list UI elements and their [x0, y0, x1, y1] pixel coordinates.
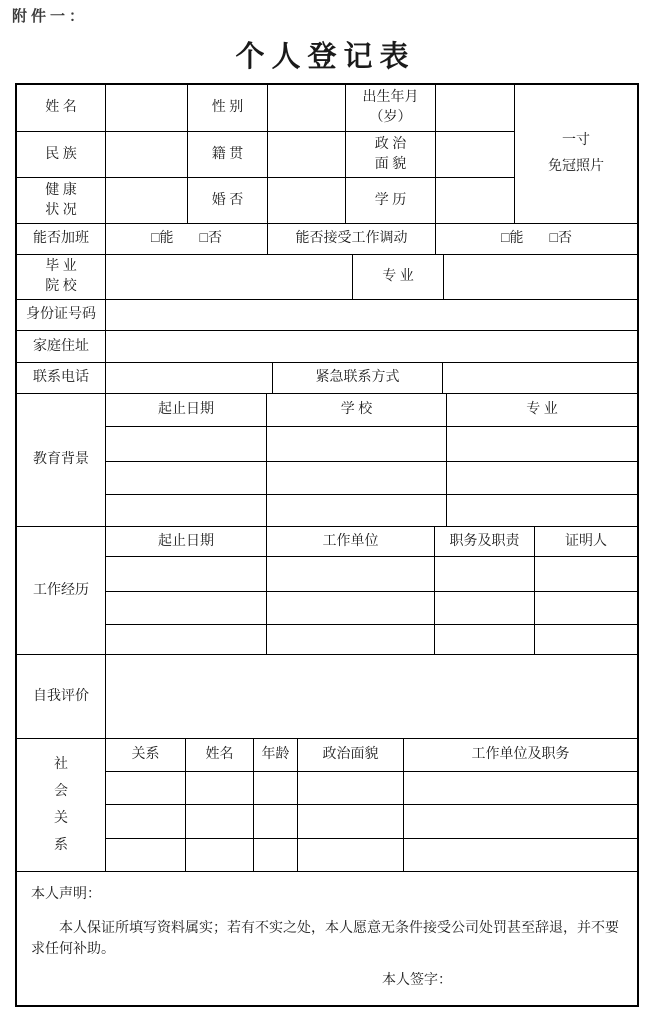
social-row-3	[106, 839, 637, 872]
social-name-input-cell[interactable]	[186, 772, 254, 805]
education-level-input-cell[interactable]	[436, 178, 515, 224]
work-reference-input-cell[interactable]	[535, 592, 637, 625]
work-position-input-cell[interactable]	[435, 592, 535, 625]
id-number-label: 身份证号码	[17, 300, 106, 331]
basic-info-section: 姓 名 性 别 出生年月 （岁） 民 族 籍 贯 政 治 面 貌 健 康 状 况…	[17, 85, 637, 224]
ethnicity-input-cell[interactable]	[106, 132, 188, 178]
ethnicity-label: 民 族	[17, 132, 106, 178]
social-row-2	[106, 805, 637, 839]
work-position-header: 职务及职责	[435, 527, 535, 557]
emergency-contact-label: 紧急联系方式	[273, 363, 443, 394]
political-status-input-cell[interactable]	[436, 132, 515, 178]
social-age-input-cell[interactable]	[254, 772, 298, 805]
work-employer-input-cell[interactable]	[267, 557, 435, 592]
education-major-input-cell[interactable]	[447, 427, 637, 462]
emergency-contact-input-cell[interactable]	[443, 363, 637, 394]
overtime-no-checkbox[interactable]: □否	[200, 229, 222, 249]
education-row-3	[106, 495, 637, 527]
social-employer-input-cell[interactable]	[404, 805, 637, 839]
work-section-label: 工作经历	[17, 527, 106, 655]
education-major-input-cell[interactable]	[447, 495, 637, 527]
education-dates-input-cell[interactable]	[106, 462, 267, 495]
self-eval-label: 自我评价	[17, 655, 106, 739]
social-employer-header: 工作单位及职务	[404, 739, 637, 772]
school-input-cell[interactable]	[106, 255, 353, 300]
work-row-2	[106, 592, 637, 625]
work-dates-header: 起止日期	[106, 527, 267, 557]
name-label: 姓 名	[17, 85, 106, 132]
transfer-no-checkbox[interactable]: □否	[550, 229, 572, 249]
birth-input-cell[interactable]	[436, 85, 515, 132]
education-dates-input-cell[interactable]	[106, 495, 267, 527]
work-section: 工作经历 起止日期 工作单位 职务及职责 证明人	[17, 527, 637, 655]
phone-row: 联系电话 紧急联系方式	[17, 363, 637, 394]
native-place-label: 籍 贯	[188, 132, 268, 178]
phone-label: 联系电话	[17, 363, 106, 394]
work-dates-input-cell[interactable]	[106, 625, 267, 655]
work-employer-header: 工作单位	[267, 527, 435, 557]
signature-label[interactable]: 本人签字：	[382, 969, 623, 989]
social-political-input-cell[interactable]	[298, 839, 404, 872]
social-relation-header: 关系	[106, 739, 186, 772]
social-age-input-cell[interactable]	[254, 805, 298, 839]
health-input-cell[interactable]	[106, 178, 188, 224]
social-name-input-cell[interactable]	[186, 805, 254, 839]
social-name-input-cell[interactable]	[186, 839, 254, 872]
social-political-header: 政治面貌	[298, 739, 404, 772]
work-reference-input-cell[interactable]	[535, 557, 637, 592]
overtime-options-cell: □能 □否	[106, 224, 268, 255]
social-section: 社 会 关 系 关系 姓名 年龄 政治面貌 工作单位及职务	[17, 739, 637, 872]
social-age-input-cell[interactable]	[254, 839, 298, 872]
home-address-row: 家庭住址	[17, 331, 637, 363]
birth-label: 出生年月 （岁）	[346, 85, 436, 132]
work-employer-input-cell[interactable]	[267, 592, 435, 625]
transfer-yes-checkbox[interactable]: □能	[501, 229, 523, 249]
social-relation-input-cell[interactable]	[106, 805, 186, 839]
phone-input-cell[interactable]	[106, 363, 273, 394]
education-school-input-cell[interactable]	[267, 495, 447, 527]
school-label: 毕 业 院 校	[17, 255, 106, 300]
education-major-header: 专 业	[447, 394, 637, 427]
declaration-body: 本人保证所填写资料属实；若有不实之处，本人愿意无条件接受公司处罚甚至辞退，并不要…	[31, 918, 623, 960]
work-row-1	[106, 557, 637, 592]
social-employer-input-cell[interactable]	[404, 839, 637, 872]
work-employer-input-cell[interactable]	[267, 625, 435, 655]
gender-input-cell[interactable]	[268, 85, 346, 132]
education-section-label: 教育背景	[17, 394, 106, 527]
education-dates-input-cell[interactable]	[106, 427, 267, 462]
work-reference-input-cell[interactable]	[535, 625, 637, 655]
social-relation-input-cell[interactable]	[106, 839, 186, 872]
id-number-row: 身份证号码	[17, 300, 637, 331]
name-input-cell[interactable]	[106, 85, 188, 132]
photo-placeholder[interactable]: 一寸 免冠照片	[515, 85, 637, 224]
transfer-label: 能否接受工作调动	[268, 224, 436, 255]
marital-label: 婚 否	[188, 178, 268, 224]
work-reference-header: 证明人	[535, 527, 637, 557]
work-position-input-cell[interactable]	[435, 625, 535, 655]
major-input-cell[interactable]	[444, 255, 637, 300]
self-eval-row: 自我评价	[17, 655, 637, 739]
home-address-label: 家庭住址	[17, 331, 106, 363]
social-section-label: 社 会 关 系	[17, 739, 106, 872]
work-row-3	[106, 625, 637, 655]
education-school-input-cell[interactable]	[267, 427, 447, 462]
education-row-2	[106, 462, 637, 495]
gender-label: 性 别	[188, 85, 268, 132]
page-title: 个人登记表	[0, 40, 651, 74]
personal-registration-form: 姓 名 性 别 出生年月 （岁） 民 族 籍 贯 政 治 面 貌 健 康 状 况…	[15, 83, 639, 1007]
education-school-input-cell[interactable]	[267, 462, 447, 495]
social-employer-input-cell[interactable]	[404, 772, 637, 805]
social-political-input-cell[interactable]	[298, 772, 404, 805]
transfer-options-cell: □能 □否	[436, 224, 637, 255]
overtime-label: 能否加班	[17, 224, 106, 255]
education-school-header: 学 校	[267, 394, 447, 427]
self-eval-input-cell[interactable]	[106, 655, 637, 739]
id-number-input-cell[interactable]	[106, 300, 637, 331]
major-label: 专 业	[353, 255, 444, 300]
work-dates-input-cell[interactable]	[106, 557, 267, 592]
declaration-title: 本人声明：	[31, 884, 623, 906]
overtime-row: 能否加班 □能 □否 能否接受工作调动 □能 □否	[17, 224, 637, 255]
education-dates-header: 起止日期	[106, 394, 267, 427]
social-name-header: 姓名	[186, 739, 254, 772]
declaration-section: 本人声明： 本人保证所填写资料属实；若有不实之处，本人愿意无条件接受公司处罚甚至…	[17, 872, 637, 1005]
home-address-input-cell[interactable]	[106, 331, 637, 363]
overtime-yes-checkbox[interactable]: □能	[151, 229, 173, 249]
school-row: 毕 业 院 校 专 业	[17, 255, 637, 300]
health-label: 健 康 状 况	[17, 178, 106, 224]
work-dates-input-cell[interactable]	[106, 592, 267, 625]
education-section: 教育背景 起止日期 学 校 专 业	[17, 394, 637, 527]
social-political-input-cell[interactable]	[298, 805, 404, 839]
social-age-header: 年龄	[254, 739, 298, 772]
marital-input-cell[interactable]	[268, 178, 346, 224]
social-row-1	[106, 772, 637, 805]
attachment-label: 附件一：	[12, 8, 651, 26]
education-row-1	[106, 427, 637, 462]
political-status-label: 政 治 面 貌	[346, 132, 436, 178]
native-place-input-cell[interactable]	[268, 132, 346, 178]
social-relation-input-cell[interactable]	[106, 772, 186, 805]
education-level-label: 学 历	[346, 178, 436, 224]
work-position-input-cell[interactable]	[435, 557, 535, 592]
education-major-input-cell[interactable]	[447, 462, 637, 495]
